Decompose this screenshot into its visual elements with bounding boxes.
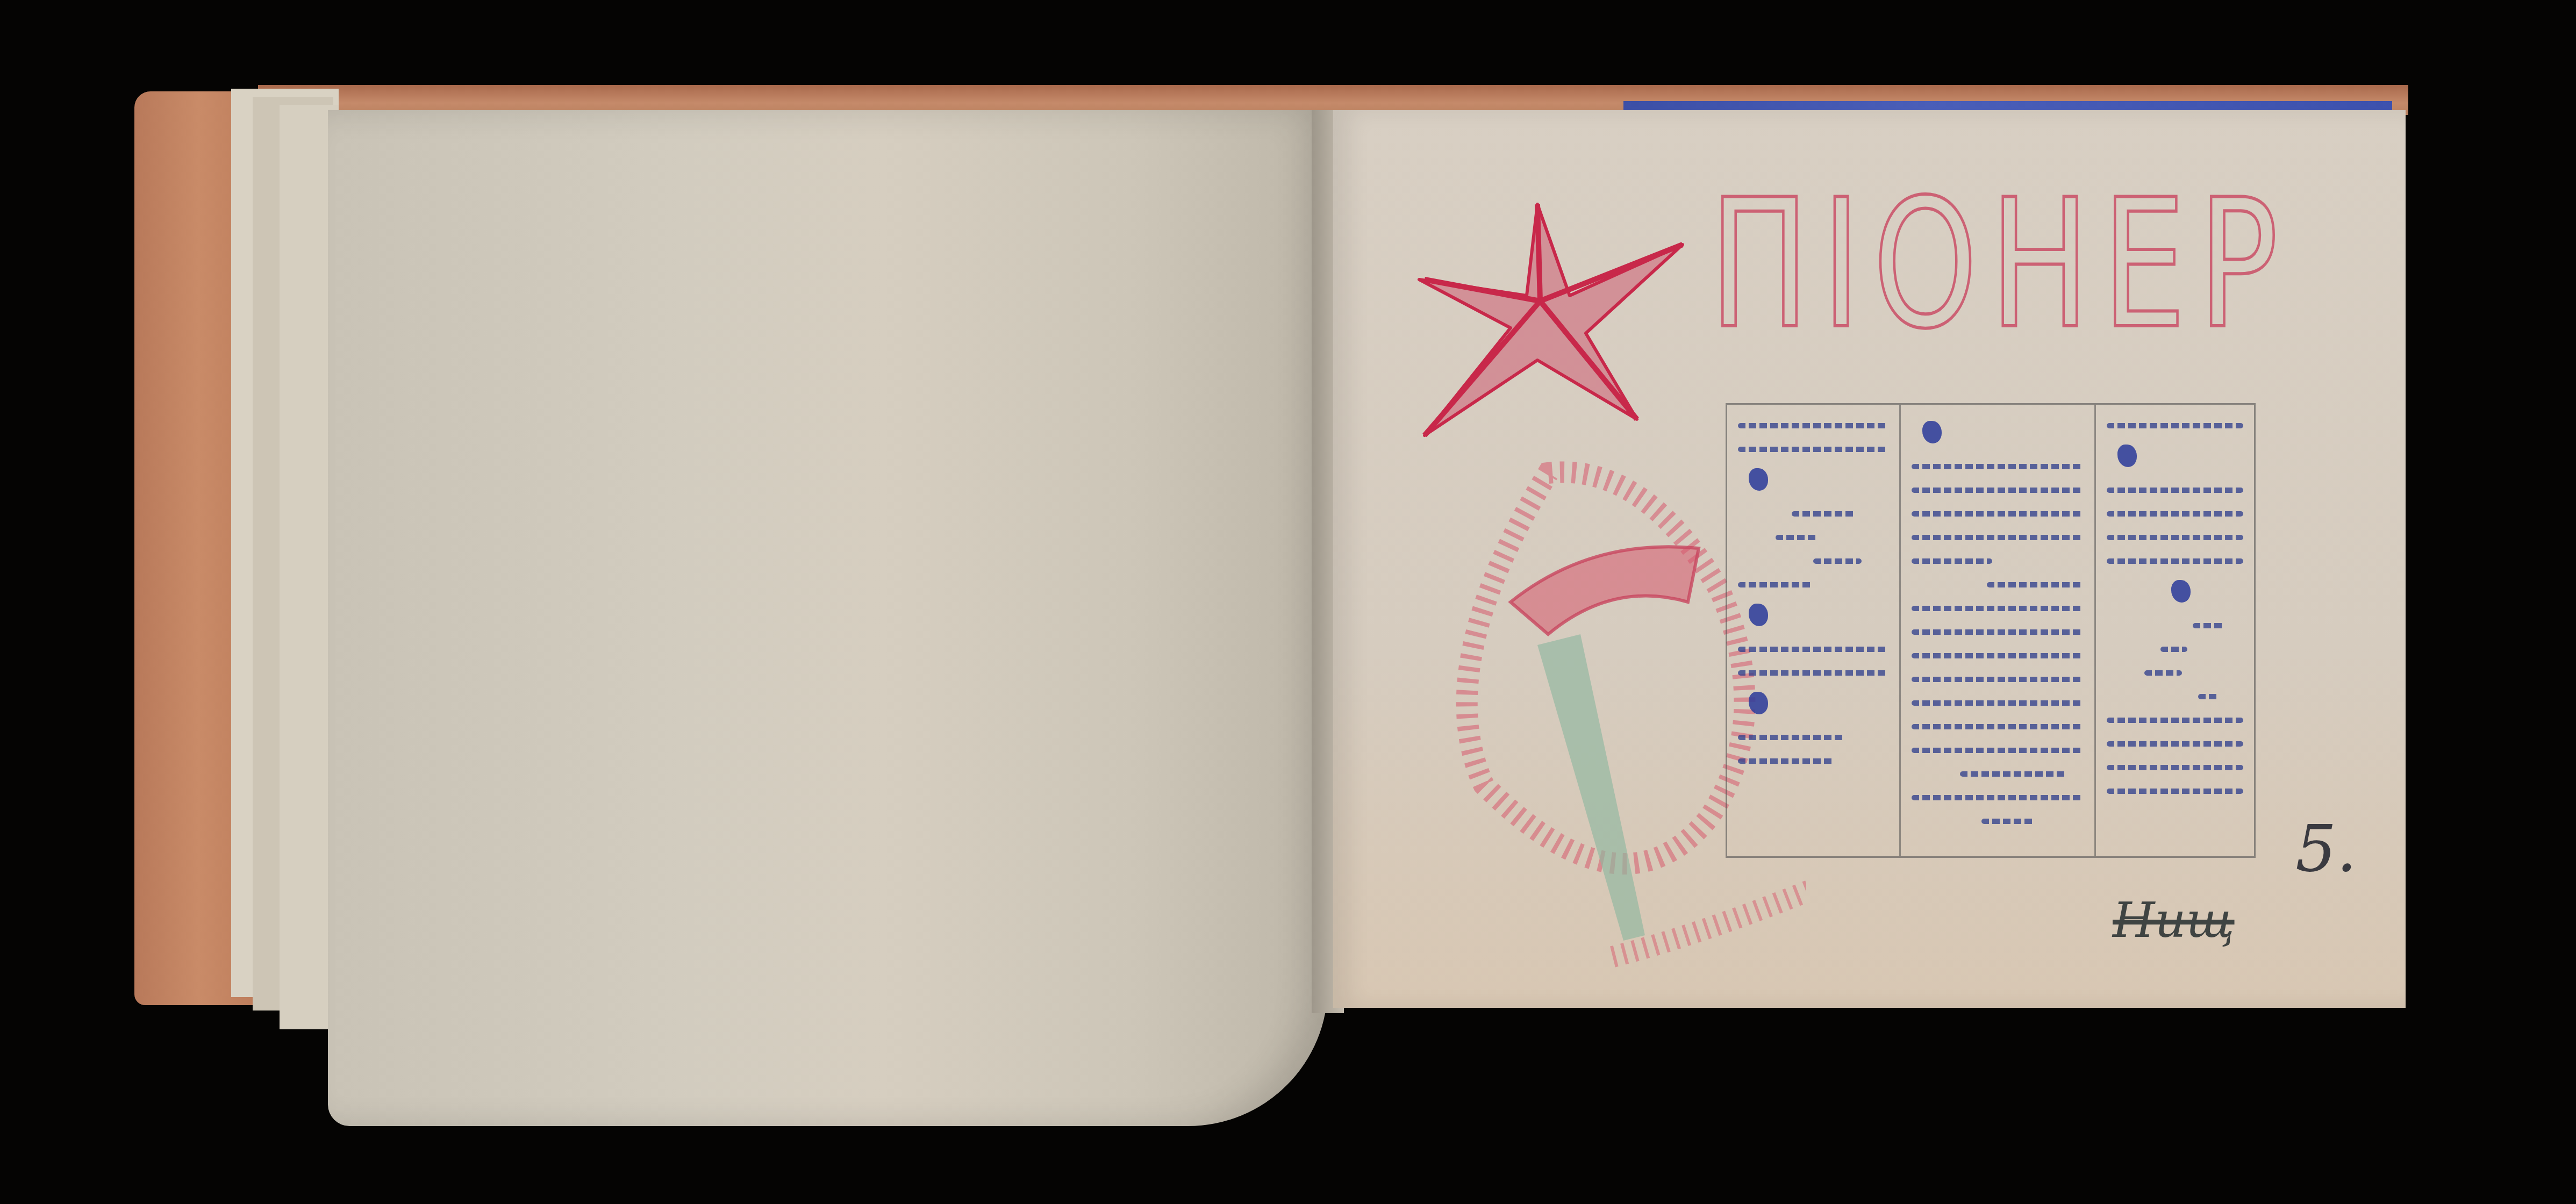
red-star-icon <box>1408 199 1688 446</box>
ink-figure-icon <box>1749 692 1768 714</box>
ink-figure-icon <box>2171 580 2191 603</box>
ink-figure-icon <box>1749 604 1768 626</box>
ink-figure-icon <box>1749 468 1768 491</box>
page-number: 5. <box>2295 812 2357 886</box>
newspaper-sketch <box>1726 403 2256 858</box>
newspaper-column-3 <box>2096 405 2254 856</box>
newspaper-column-2 <box>1901 405 2094 856</box>
newspaper-column-1 <box>1727 405 1899 856</box>
signature: Нищ <box>2113 892 2235 949</box>
page-title: ПІОНЕР <box>1709 161 2291 368</box>
ink-figure-icon <box>1922 421 1942 443</box>
ink-figure-icon <box>2117 445 2137 467</box>
left-page-blank <box>328 110 1328 1126</box>
